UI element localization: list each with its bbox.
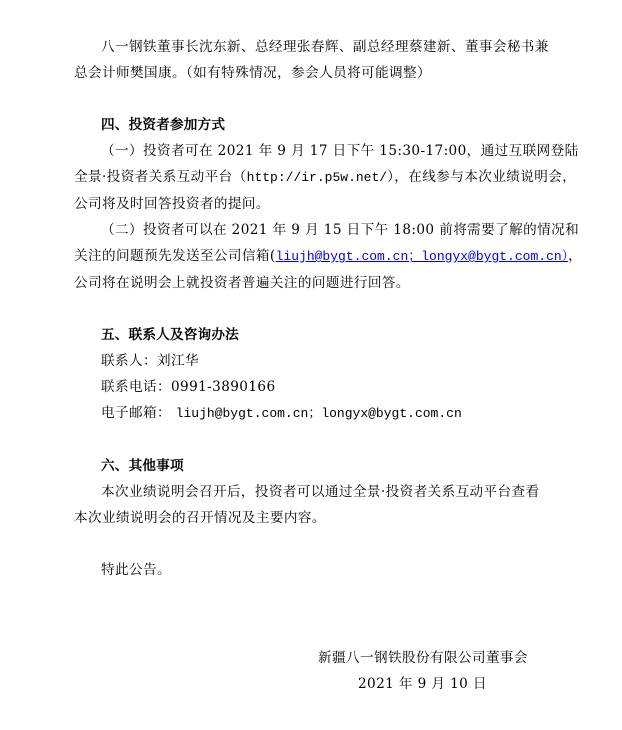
other-line-1: 本次业绩说明会召开后，投资者可以通过全景·投资者关系互动平台查看: [74, 479, 540, 505]
contact-phone: 联系电话：0991-3890166: [74, 374, 540, 400]
section-heading-contact: 五、联系人及咨询办法: [74, 322, 540, 348]
participation-item2-line3: 公司将在说明会上就投资者普遍关注的问题进行回答。: [74, 270, 540, 296]
section-heading-participation: 四、投资者参加方式: [74, 112, 540, 138]
attendees-line-2: 总会计师樊国康。（如有特殊情况，参会人员将可能调整）: [74, 60, 540, 86]
text: ，: [568, 248, 582, 264]
email-link[interactable]: liujh@bygt.com.cn；longyx@bygt.com.cn）: [276, 249, 569, 264]
contact-label: 联系人：: [101, 353, 157, 369]
participation-item1-line1: （一）投资者可在 2021 年 9 月 17 日下午 15:30-17:00，通…: [74, 138, 540, 164]
text: 全景·投资者关系互动平台（: [74, 169, 247, 185]
contact-value: 刘江华: [157, 353, 199, 369]
participation-item2-line2: 关注的问题预先发送至公司信箱(liujh@bygt.com.cn；longyx@…: [74, 243, 540, 270]
text: 关注的问题预先发送至公司信箱(: [74, 248, 276, 264]
contact-email: 电子邮箱： liujh@bygt.com.cn；longyx@bygt.com.…: [74, 400, 540, 427]
other-line-2: 本次业绩说明会的召开情况及主要内容。: [74, 505, 540, 531]
participation-item2-line1: （二）投资者可以在 2021 年 9 月 15 日下午 18:00 前将需要了解…: [74, 217, 540, 243]
document-page: 八一钢铁董事长沈东新、总经理张春辉、副总经理蔡建新、董事会秘书兼 总会计师樊国康…: [74, 34, 540, 583]
participation-item1-line2: 全景·投资者关系互动平台（http://ir.p5w.net/），在线参与本次业…: [74, 164, 540, 191]
section-heading-other: 六、其他事项: [74, 453, 540, 479]
phone-value: 0991-3890166: [171, 379, 276, 395]
email-value: liujh@bygt.com.cn；longyx@bygt.com.cn: [176, 406, 462, 421]
closing-statement: 特此公告。: [74, 557, 540, 583]
text: ），在线参与本次业绩说明会，: [387, 169, 576, 185]
signature-date: 2021 年 9 月 10 日: [358, 671, 487, 697]
participation-item1-line3: 公司将及时回答投资者的提问。: [74, 191, 540, 217]
platform-url: http://ir.p5w.net/: [247, 170, 387, 185]
attendees-line-1: 八一钢铁董事长沈东新、总经理张春辉、副总经理蔡建新、董事会秘书兼: [74, 34, 540, 60]
phone-label: 联系电话：: [101, 379, 171, 395]
contact-person: 联系人：刘江华: [74, 348, 540, 374]
email-label: 电子邮箱：: [101, 405, 171, 421]
signature-company: 新疆八一钢铁股份有限公司董事会: [318, 645, 528, 671]
